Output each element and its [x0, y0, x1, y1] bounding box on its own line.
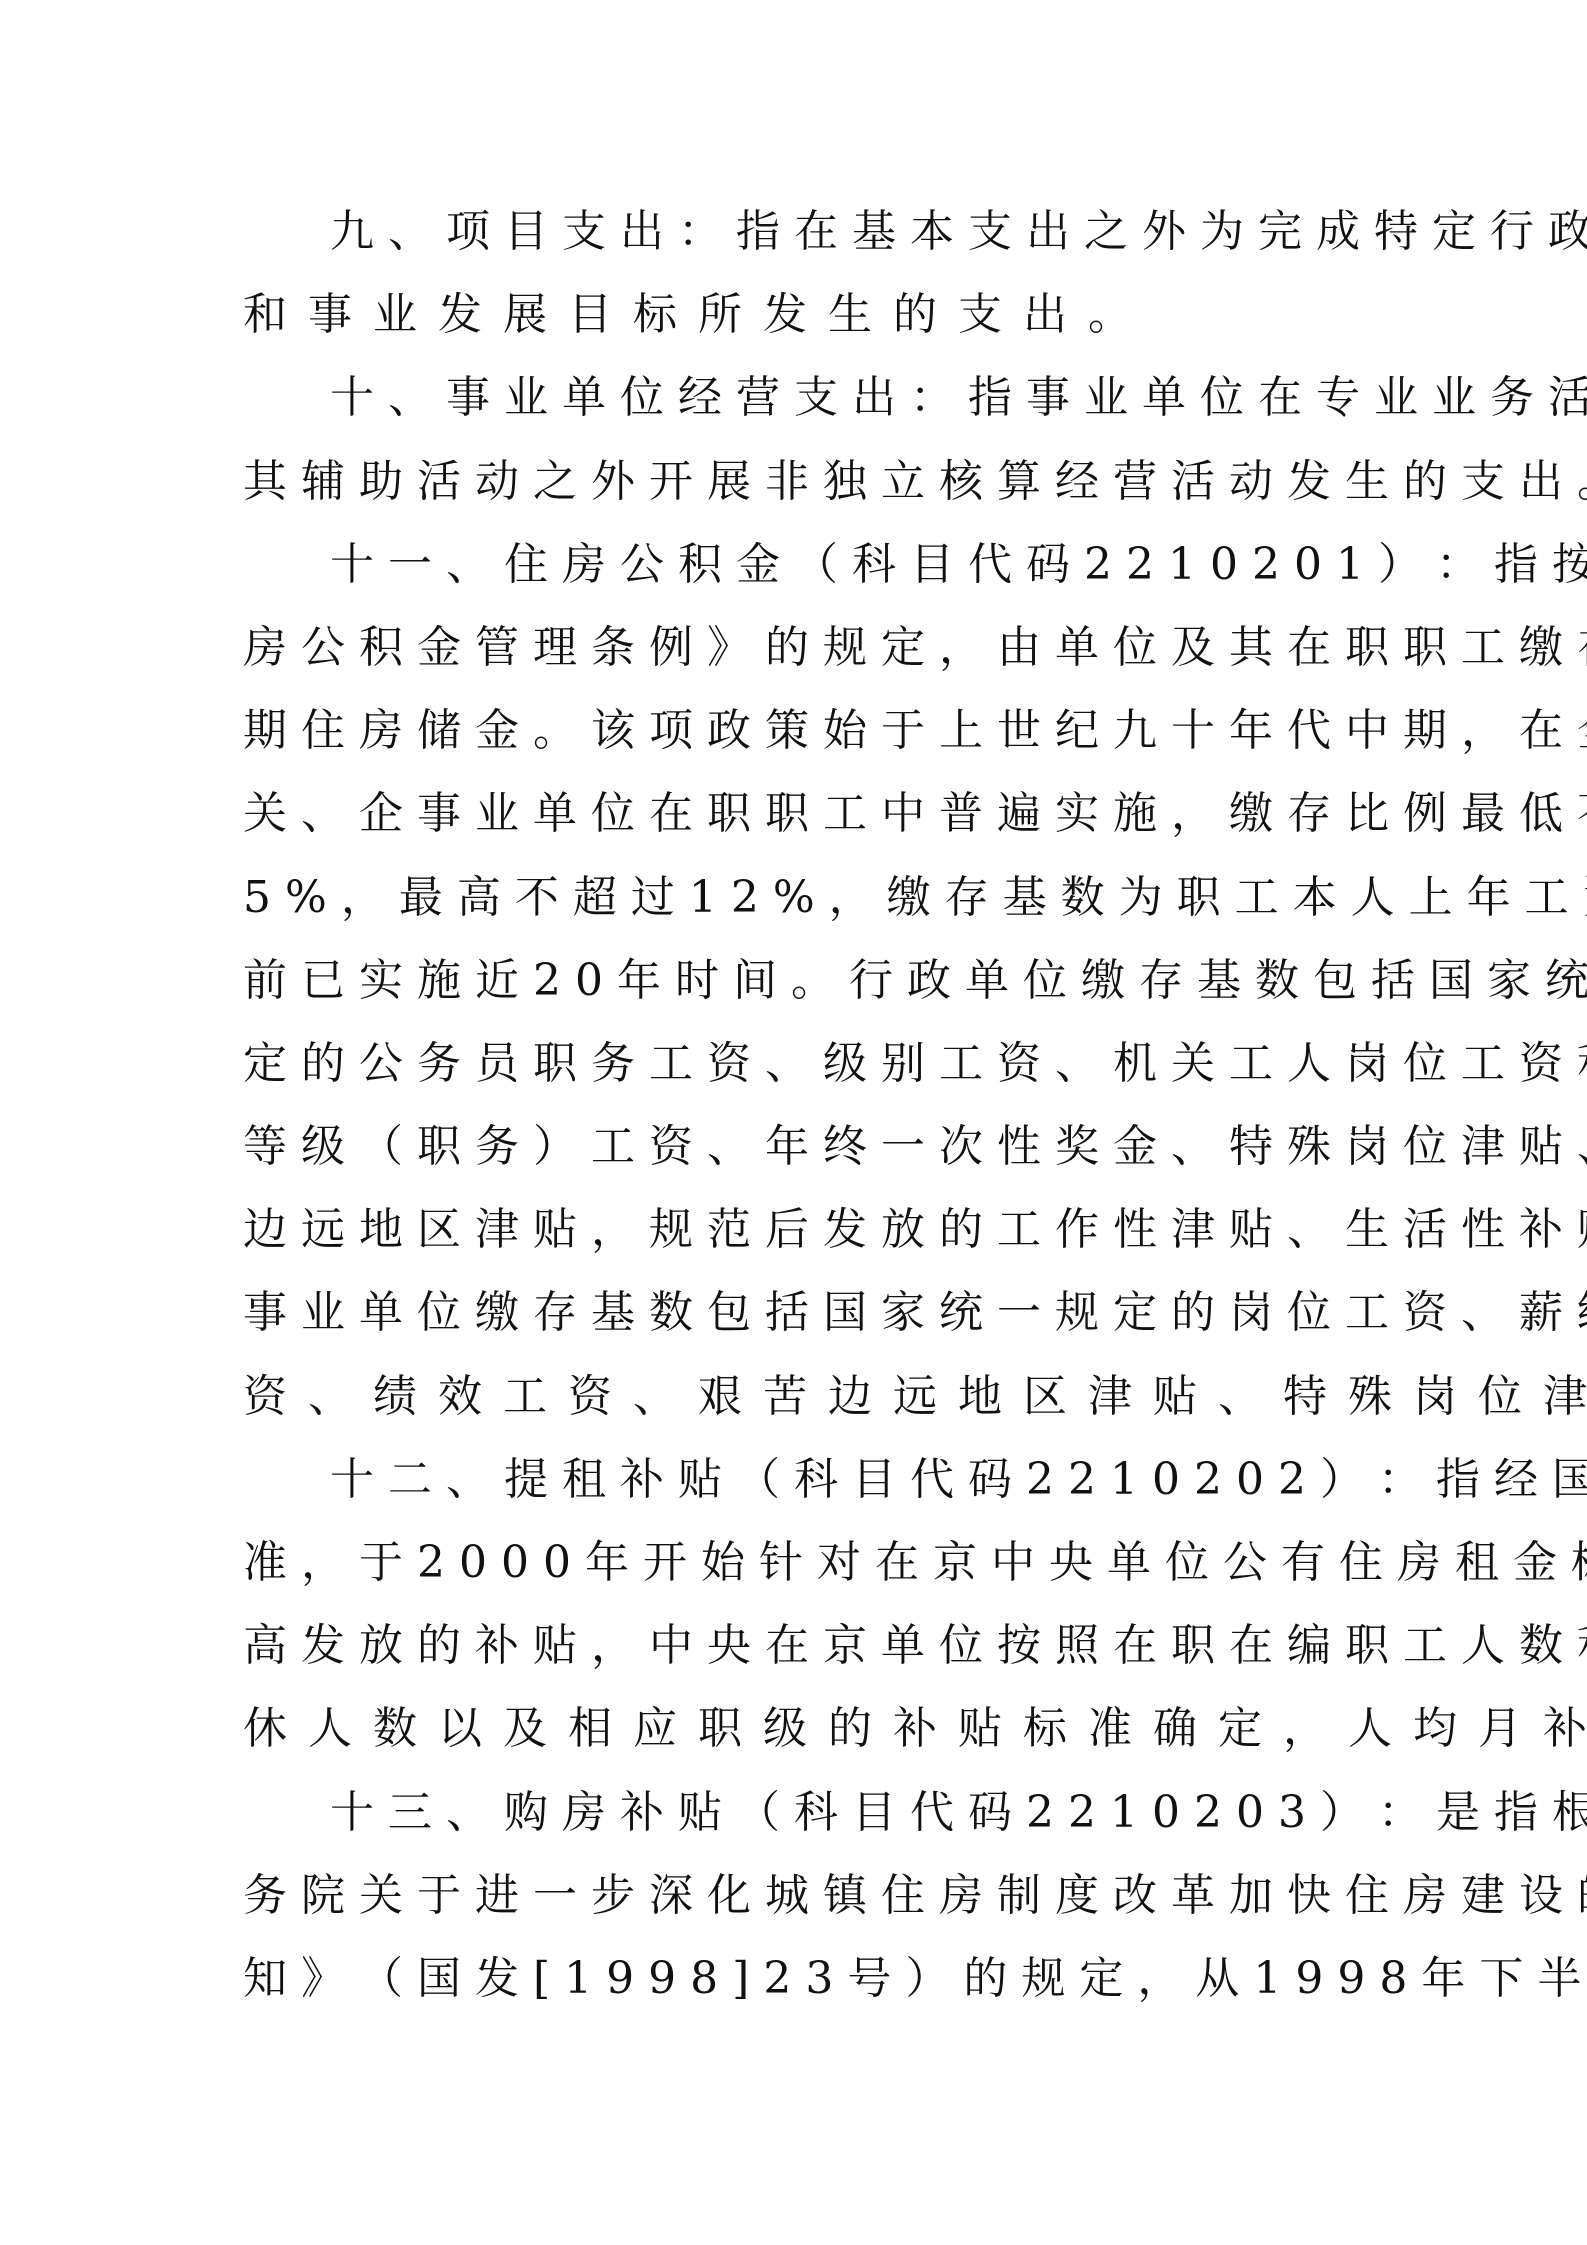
text-line: 十 二 、 提 租 补 贴 （ 科 目 代 码 2 2 1 0 2 0 2 ） …: [243, 1438, 1356, 1521]
text-line: 和事业发展目标所发生的支出。: [243, 273, 1356, 356]
text-line: 定 的 公 务 员 职 务 工 资 、 级 别 工 资 、 机 关 工 人 岗 …: [243, 1022, 1356, 1105]
paragraph-item-12: 十 二 、 提 租 补 贴 （ 科 目 代 码 2 2 1 0 2 0 2 ） …: [243, 1438, 1356, 1771]
paragraph-item-11: 十 一 、 住 房 公 积 金 （ 科 目 代 码 2 2 1 0 2 0 1 …: [243, 523, 1356, 1438]
text-line: 5 % ， 最 高 不 超 过 1 2 % ， 缴 存 基 数 为 职 工 本 …: [243, 856, 1356, 939]
text-line: 准 ， 于 2 0 0 0 年 开 始 针 对 在 京 中 央 单 位 公 有 …: [243, 1521, 1356, 1604]
paragraph-item-13: 十 三 、 购 房 补 贴 （ 科 目 代 码 2 2 1 0 2 0 3 ） …: [243, 1771, 1356, 2021]
text-line: 其 辅 助 活 动 之 外 开 展 非 独 立 核 算 经 营 活 动 发 生 …: [243, 440, 1356, 523]
text-line: 十 三 、 购 房 补 贴 （ 科 目 代 码 2 2 1 0 2 0 3 ） …: [243, 1771, 1356, 1854]
text-line: 高 发 放 的 补 贴 ， 中 央 在 京 单 位 按 照 在 职 在 编 职 …: [243, 1604, 1356, 1687]
document-page: 九 、 项 目 支 出 ： 指 在 基 本 支 出 之 外 为 完 成 特 定 …: [0, 0, 1587, 2245]
text-line: 知 》 （ 国 发 [ 1 9 9 8 ] 2 3 号 ） 的 规 定 ， 从 …: [243, 1937, 1356, 2020]
text-line: 务 院 关 于 进 一 步 深 化 城 镇 住 房 制 度 改 革 加 快 住 …: [243, 1854, 1356, 1937]
text-line: 房 公 积 金 管 理 条 例 》 的 规 定 ， 由 单 位 及 其 在 职 …: [243, 606, 1356, 689]
text-line: 期 住 房 储 金 。 该 项 政 策 始 于 上 世 纪 九 十 年 代 中 …: [243, 689, 1356, 772]
text-line: 事 业 单 位 缴 存 基 数 包 括 国 家 统 一 规 定 的 岗 位 工 …: [243, 1271, 1356, 1354]
text-line: 前 已 实 施 近 2 0 年 时 间 。 行 政 单 位 缴 存 基 数 包 …: [243, 939, 1356, 1022]
text-line: 休人数以及相应职级的补贴标准确定，人均月补贴90 元。: [243, 1687, 1356, 1770]
text-line: 边 远 地 区 津 贴 ， 规 范 后 发 放 的 工 作 性 津 贴 、 生 …: [243, 1188, 1356, 1271]
text-line: 十 、 事 业 单 位 经 营 支 出 ： 指 事 业 单 位 在 专 业 业 …: [243, 356, 1356, 439]
document-body: 九 、 项 目 支 出 ： 指 在 基 本 支 出 之 外 为 完 成 特 定 …: [243, 190, 1356, 2020]
paragraph-item-9: 九 、 项 目 支 出 ： 指 在 基 本 支 出 之 外 为 完 成 特 定 …: [243, 190, 1356, 356]
text-line: 十 一 、 住 房 公 积 金 （ 科 目 代 码 2 2 1 0 2 0 1 …: [243, 523, 1356, 606]
text-line: 资、绩效工资、艰苦边远地区津贴、特殊岗位津贴等。: [243, 1355, 1356, 1438]
text-line: 关 、 企 事 业 单 位 在 职 职 工 中 普 遍 实 施 ， 缴 存 比 …: [243, 772, 1356, 855]
text-line: 等 级 （ 职 务 ） 工 资 、 年 终 一 次 性 奖 金 、 特 殊 岗 …: [243, 1105, 1356, 1188]
paragraph-item-10: 十 、 事 业 单 位 经 营 支 出 ： 指 事 业 单 位 在 专 业 业 …: [243, 356, 1356, 522]
text-line: 九 、 项 目 支 出 ： 指 在 基 本 支 出 之 外 为 完 成 特 定 …: [243, 190, 1356, 273]
